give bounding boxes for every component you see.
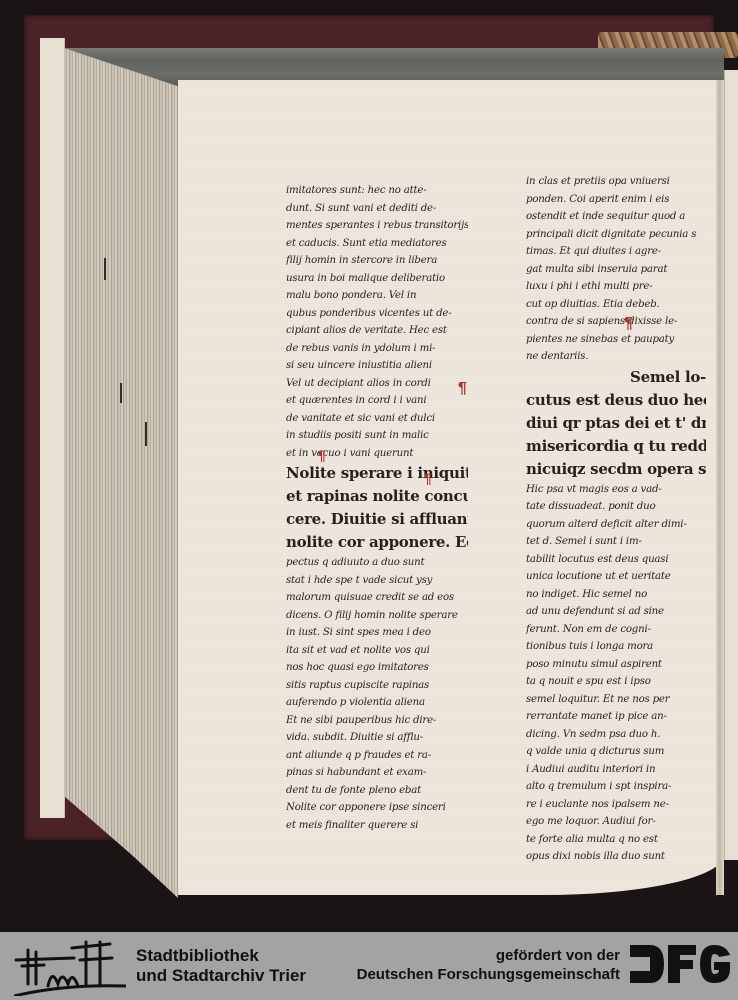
text-line: qubus ponderibus vicentes ut de- [286, 305, 468, 323]
text-line: ponden. Coi aperit enim i eis [526, 191, 706, 209]
text-line: de vanitate et sic vani et dulci [286, 410, 468, 428]
text-line: timas. Et qui diuites i agre- [526, 243, 706, 261]
manuscript-page: imitatores sunt: hec no atte- dunt. Si s… [178, 80, 724, 895]
text-line: dunt. Si sunt vani et dediti de- [286, 200, 468, 218]
text-line: in studiis positi sunt in malic [286, 427, 468, 445]
rubric-paragraph-mark: ¶ [318, 447, 326, 463]
text-line: opus dixi nobis illa duo sunt [526, 848, 706, 866]
text-line: usura in boi malique deliberatio [286, 270, 468, 288]
text-line: semel loquitur. Et ne nos per [526, 691, 706, 709]
text-line: i Audiui auditu interiori in [526, 761, 706, 779]
text-line: unica locutione ut et ueritate [526, 568, 706, 586]
text-line-large: misericordia q tu reddes v- [526, 435, 706, 458]
text-line: malorum quisuae credit se ad eos [286, 589, 468, 607]
text-line: si seu uincere iniustitia alieni [286, 357, 468, 375]
text-line: et meis finaliter querere si [286, 817, 468, 835]
text-line: ta q nouit e spu est i ipso [526, 673, 706, 691]
book-fore-edge [64, 48, 178, 898]
text-line: pientes ne sinebas et paupaty [526, 331, 706, 349]
text-line: pinas si habundant et exam- [286, 764, 468, 782]
text-line: rerrantate manet ip pice an- [526, 708, 706, 726]
text-line-large: diui qr ptas dei et t' dne [526, 412, 706, 435]
text-line: auferendo p violentia aliena [286, 694, 468, 712]
text-line: contra de si sapiens dixisse le- [526, 313, 706, 331]
text-line: in iust. Si sint spes mea i deo [286, 624, 468, 642]
text-line-large: Semel lo- [526, 366, 706, 389]
text-line: vida. subdit. Diuitie si afflu- [286, 729, 468, 747]
text-line: Et ne sibi pauperibus hic dire- [286, 712, 468, 730]
text-line: et caducis. Sunt etia mediatores [286, 235, 468, 253]
text-line-large: et rapinas nolite concupis- [286, 485, 468, 508]
text-line: tionibus tuis i longa mora [526, 638, 706, 656]
text-line: cut op diuitias. Etia debeb. [526, 296, 706, 314]
text-line: quorum alterd deficit alter dimi- [526, 516, 706, 534]
text-line: dent tu de fonte pleno ebat [286, 782, 468, 800]
text-line: q valde unia q dicturus sum [526, 743, 706, 761]
text-line: cipiant alios de veritate. Hec est [286, 322, 468, 340]
text-line: mentes sperantes i rebus transitorijs [286, 217, 468, 235]
text-line: et quærentes in cord i i vani [286, 392, 468, 410]
text-line: imitatores sunt: hec no atte- [286, 182, 468, 200]
text-line: tabilit locutus est deus quasi [526, 551, 706, 569]
text-line: nos hoc quasi ego imitatores [286, 659, 468, 677]
text-line: dicens. O filij homin nolite sperare [286, 607, 468, 625]
stadtbibliothek-trier-logo-icon [14, 938, 126, 996]
text-column-right: in clas et pretiis opa vniuersi ponden. … [526, 173, 706, 866]
rubric-paragraph-mark: ¶ [624, 315, 633, 333]
text-line: ferunt. Non em de cogni- [526, 621, 706, 639]
text-line: sitis raptus cupiscite rapinas [286, 677, 468, 695]
page-marker [120, 383, 122, 403]
funding-credit: gefördert von der Deutschen Forschungsge… [357, 946, 620, 984]
text-line-large: Nolite sperare i iniquitate [286, 462, 468, 485]
library-name: Stadtbibliothek und Stadtarchiv Trier [136, 946, 306, 986]
text-line: principali dicit dignitate pecunia s [526, 226, 706, 244]
text-line: Nolite cor apponere ipse sinceri [286, 799, 468, 817]
text-line: gat multa sibi inseruia parat [526, 261, 706, 279]
recto-page-edge [724, 70, 738, 860]
text-line: tate dissuadeat. ponit duo [526, 498, 706, 516]
text-line: stat i hde spe t vade sicut ysy [286, 572, 468, 590]
text-line-large: cutus est deus duo hec au- [526, 389, 706, 412]
text-line: ad unu defendunt si ad sine [526, 603, 706, 621]
text-line: tet d. Semel i sunt i im- [526, 533, 706, 551]
text-column-left: imitatores sunt: hec no atte- dunt. Si s… [286, 182, 468, 834]
text-line: ant aliunde q p fraudes et ra- [286, 747, 468, 765]
page-marker [145, 422, 147, 446]
text-line: te forte alia multa q no est [526, 831, 706, 849]
text-line: dicing. Vn sedm psa duo h. [526, 726, 706, 744]
footer-banner: Stadtbibliothek und Stadtarchiv Trier ge… [0, 932, 738, 1000]
text-line: filij homin in stercore in libera [286, 252, 468, 270]
text-line: Hic psa vt magis eos a vad- [526, 481, 706, 499]
rubric-paragraph-mark: ¶ [424, 470, 432, 486]
text-line: poso minutu simul aspirent [526, 656, 706, 674]
text-line: re i euclante nos ipalsem ne- [526, 796, 706, 814]
text-line: ostendit et inde sequitur quod a [526, 208, 706, 226]
text-line: in clas et pretiis opa vniuersi [526, 173, 706, 191]
page-marker [104, 258, 106, 280]
text-line: luxu i phi i ethi multi pre- [526, 278, 706, 296]
manuscript-photo: imitatores sunt: hec no atte- dunt. Si s… [0, 0, 738, 932]
text-line-large: cere. Diuitie si affluant [286, 508, 468, 531]
text-line: malu bono pondera. Vel in [286, 287, 468, 305]
text-line: alto q tremulum i spt inspira- [526, 778, 706, 796]
dfg-logo-icon [630, 941, 734, 987]
pastedown [40, 38, 65, 818]
rubric-paragraph-mark: ¶ [458, 380, 467, 398]
text-line: ita sit et vad et nolite vos qui [286, 642, 468, 660]
text-line: ne dentariis. [526, 348, 706, 366]
text-line: Vel ut decipiant alios in cordi [286, 375, 468, 393]
text-line: no indiget. Hic semel no [526, 586, 706, 604]
text-line: de rebus vanis in ydolum i mi- [286, 340, 468, 358]
text-line: et in vacuo i vani querunt [286, 445, 468, 463]
text-line-large: nicuiqz secdm opera sua. [526, 458, 706, 481]
text-line: pectus q adiuuto a duo sunt [286, 554, 468, 572]
gutter [716, 80, 724, 895]
text-line: ego me loquor. Audiui for- [526, 813, 706, 831]
text-line-large: nolite cor apponere. Ec- [286, 531, 468, 554]
